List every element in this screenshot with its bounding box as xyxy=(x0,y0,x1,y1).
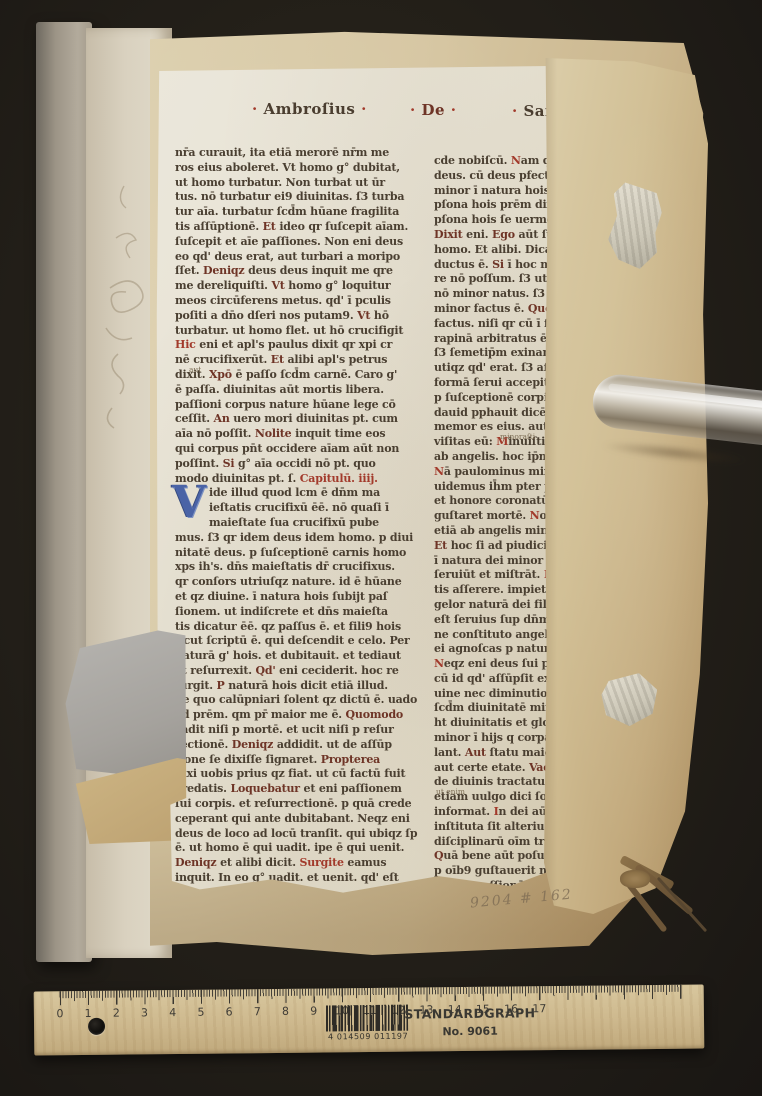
text-line: ē. ut homo ē qui uadit. ipe ē qui uenit. xyxy=(175,841,431,856)
running-title-de: · De · xyxy=(410,101,456,119)
text-line: inquit. In eo g° uadit. et uenit. qd' eſ… xyxy=(175,871,431,886)
text-line: poſſint. Si g° aīa occidi nō pt. quo xyxy=(175,457,431,472)
text-line: tis dicatur ēē. qz paſſus ē. et fili9 ho… xyxy=(175,620,431,635)
text-line: nē crucifixerūt. Et alibi apl's petrus xyxy=(175,353,431,368)
ruler-number: 9 xyxy=(310,1005,317,1018)
text-line: modo diuinitas pt. ſ. Capitulū. iiij. xyxy=(175,472,431,487)
text-line: dixi uobis prius qz fiat. ut cū factū fu… xyxy=(175,767,431,782)
illuminated-initial: V xyxy=(172,481,206,527)
ruler-model: No. 9061 xyxy=(395,1024,545,1039)
text-line: ſicut ſcriptū ē. qui deſcendit e celo. P… xyxy=(175,634,431,649)
text-line: autdixit. Xpō ē paſſo ſcd̄m carnē. Caro … xyxy=(175,368,431,383)
ruler-number: 5 xyxy=(197,1006,204,1019)
text-line: aīa nō poſſit. Nolite inquit time eos xyxy=(175,427,431,442)
text-line: ſui corpis. et reſurrectionē. p quā cred… xyxy=(175,797,431,812)
text-line: tur aīa. turbatur ſcd̄m hūane fragilita xyxy=(175,205,431,220)
binding-knot xyxy=(620,870,650,888)
text-line: mus. ſ3 qr idem deus idem homo. p diui xyxy=(175,531,431,546)
text-line: credatis. Loquebatur et eni paſſionem xyxy=(175,782,431,797)
text-line: turbatur. ut homo flet. ut hō crucifigit xyxy=(175,324,431,339)
text-line: paſſioni corpus nature hūane lege cō xyxy=(175,398,431,413)
ruler-brand: STANDARDGRAPH xyxy=(395,1005,545,1022)
margin-scribbles-icon xyxy=(28,178,158,478)
text-line: xps ih's. dn̄s maieſtatis dr̄ crucifixus… xyxy=(175,560,431,575)
ruler-number: 8 xyxy=(282,1005,289,1018)
text-line: Hic eni et apl's paulus dixit qr xpi cr xyxy=(175,338,431,353)
text-line: ide illud quod lcm ē dn̄m ma xyxy=(175,486,431,501)
ruler-number: 4 xyxy=(169,1006,176,1019)
text-line: ad prēm. qm pr̄ maior me ē. Quomodo xyxy=(175,708,431,723)
text-line: de quo calūpniari ſolent qz dictū ē. uad… xyxy=(175,693,431,708)
text-line: ieſtatis crucifixū ēē. nō quaſi ī xyxy=(175,501,431,516)
ruler-number: 6 xyxy=(226,1005,233,1018)
text-line: qui corpus pn̄t occidere aīam aūt non xyxy=(175,442,431,457)
text-line: ſionem. ut indiſcrete et dn̄s maieſta xyxy=(175,605,431,620)
ruler-number: 2 xyxy=(113,1007,120,1020)
ruler-cm-ticks xyxy=(60,985,682,1006)
text-line: tus. nō turbatur ei9 diuinitas. ſ3 turba xyxy=(175,190,431,205)
ruler-number: 1 xyxy=(85,1007,92,1020)
ruler-number: 3 xyxy=(141,1006,148,1019)
text-line: deus de loco ad locū tranſit. qui ubiqz … xyxy=(175,827,431,842)
ruler-hole xyxy=(88,1018,105,1035)
text-line: ros eius aboleret. Vt homo g° dubitat, xyxy=(175,161,431,176)
manuscript-page: · Ambroſius · · De · · Sancta · V nr̄a c… xyxy=(152,66,550,896)
text-line: ceſſit. An uero mori diuinitas pt. cum xyxy=(175,412,431,427)
text-line: ſurgit. P naturā hois dicit etiā illud. xyxy=(175,679,431,694)
ruler-number: 0 xyxy=(56,1007,63,1020)
text-line: Deniqz et alibi dicit. Surgite eamus xyxy=(175,856,431,871)
text-line: eo qd' deus erat, aut turbari a moripo xyxy=(175,250,431,265)
text-line: meos circūferens metus. qd' ī pculis xyxy=(175,294,431,309)
text-line: tis aſſūptionē. Et ideo qr ſuſcepit aīam… xyxy=(175,220,431,235)
text-line: maieſtate ſua crucifixū pube xyxy=(175,516,431,531)
text-column-left: nr̄a curauit, ita etiā merorē nr̄m meros… xyxy=(175,146,431,886)
text-line: qr conſors utriuſqz nature. id ē hūane xyxy=(175,575,431,590)
text-line: tione ſe dixiſſe ſignaret. Propterea xyxy=(175,753,431,768)
text-line: nr̄a curauit, ita etiā merorē nr̄m me xyxy=(175,146,431,161)
ruler: 01234567891011121314151617 4 014509 0111… xyxy=(34,984,705,1055)
text-line: et qz diuine. ī natura hois ſubijt paſ xyxy=(175,590,431,605)
text-line: ſuſcepit et aīe paſſiones. Non eni deus xyxy=(175,235,431,250)
text-line: naturā g' hois. et dubitauit. et tediaut xyxy=(175,649,431,664)
ruler-number: 7 xyxy=(254,1005,261,1018)
text-line: vadit niſi p mortē. et ucit niſi p reſur xyxy=(175,723,431,738)
manuscript-photo: · Ambroſius · · De · · Sancta · V nr̄a c… xyxy=(0,0,762,1096)
text-line: ē paſſa. diuinitas aūt mortis libera. xyxy=(175,383,431,398)
text-line: me dereliquiſti. Vt homo g° loquitur xyxy=(175,279,431,294)
text-line: nitatē deus. p ſuſceptionē carnis homo xyxy=(175,546,431,561)
running-title-author: · Ambroſius · xyxy=(252,100,367,118)
text-line: ſſet. Deniqz deus deus inquit me qre xyxy=(175,264,431,279)
text-line: poſiti a dn̄o dſeri nos putam9. Vt hō xyxy=(175,309,431,324)
text-line: ut homo turbatur. Non turbat ut ūr xyxy=(175,176,431,191)
text-line: rectionē. Deniqz addidit. ut de aſſūp xyxy=(175,738,431,753)
text-line: et reſurrexit. Qd' eni ceciderit. hoc re xyxy=(175,664,431,679)
book-cover-edge xyxy=(36,22,92,962)
text-line: ceperant qui ante dubitabant. Neqz eni xyxy=(175,812,431,827)
